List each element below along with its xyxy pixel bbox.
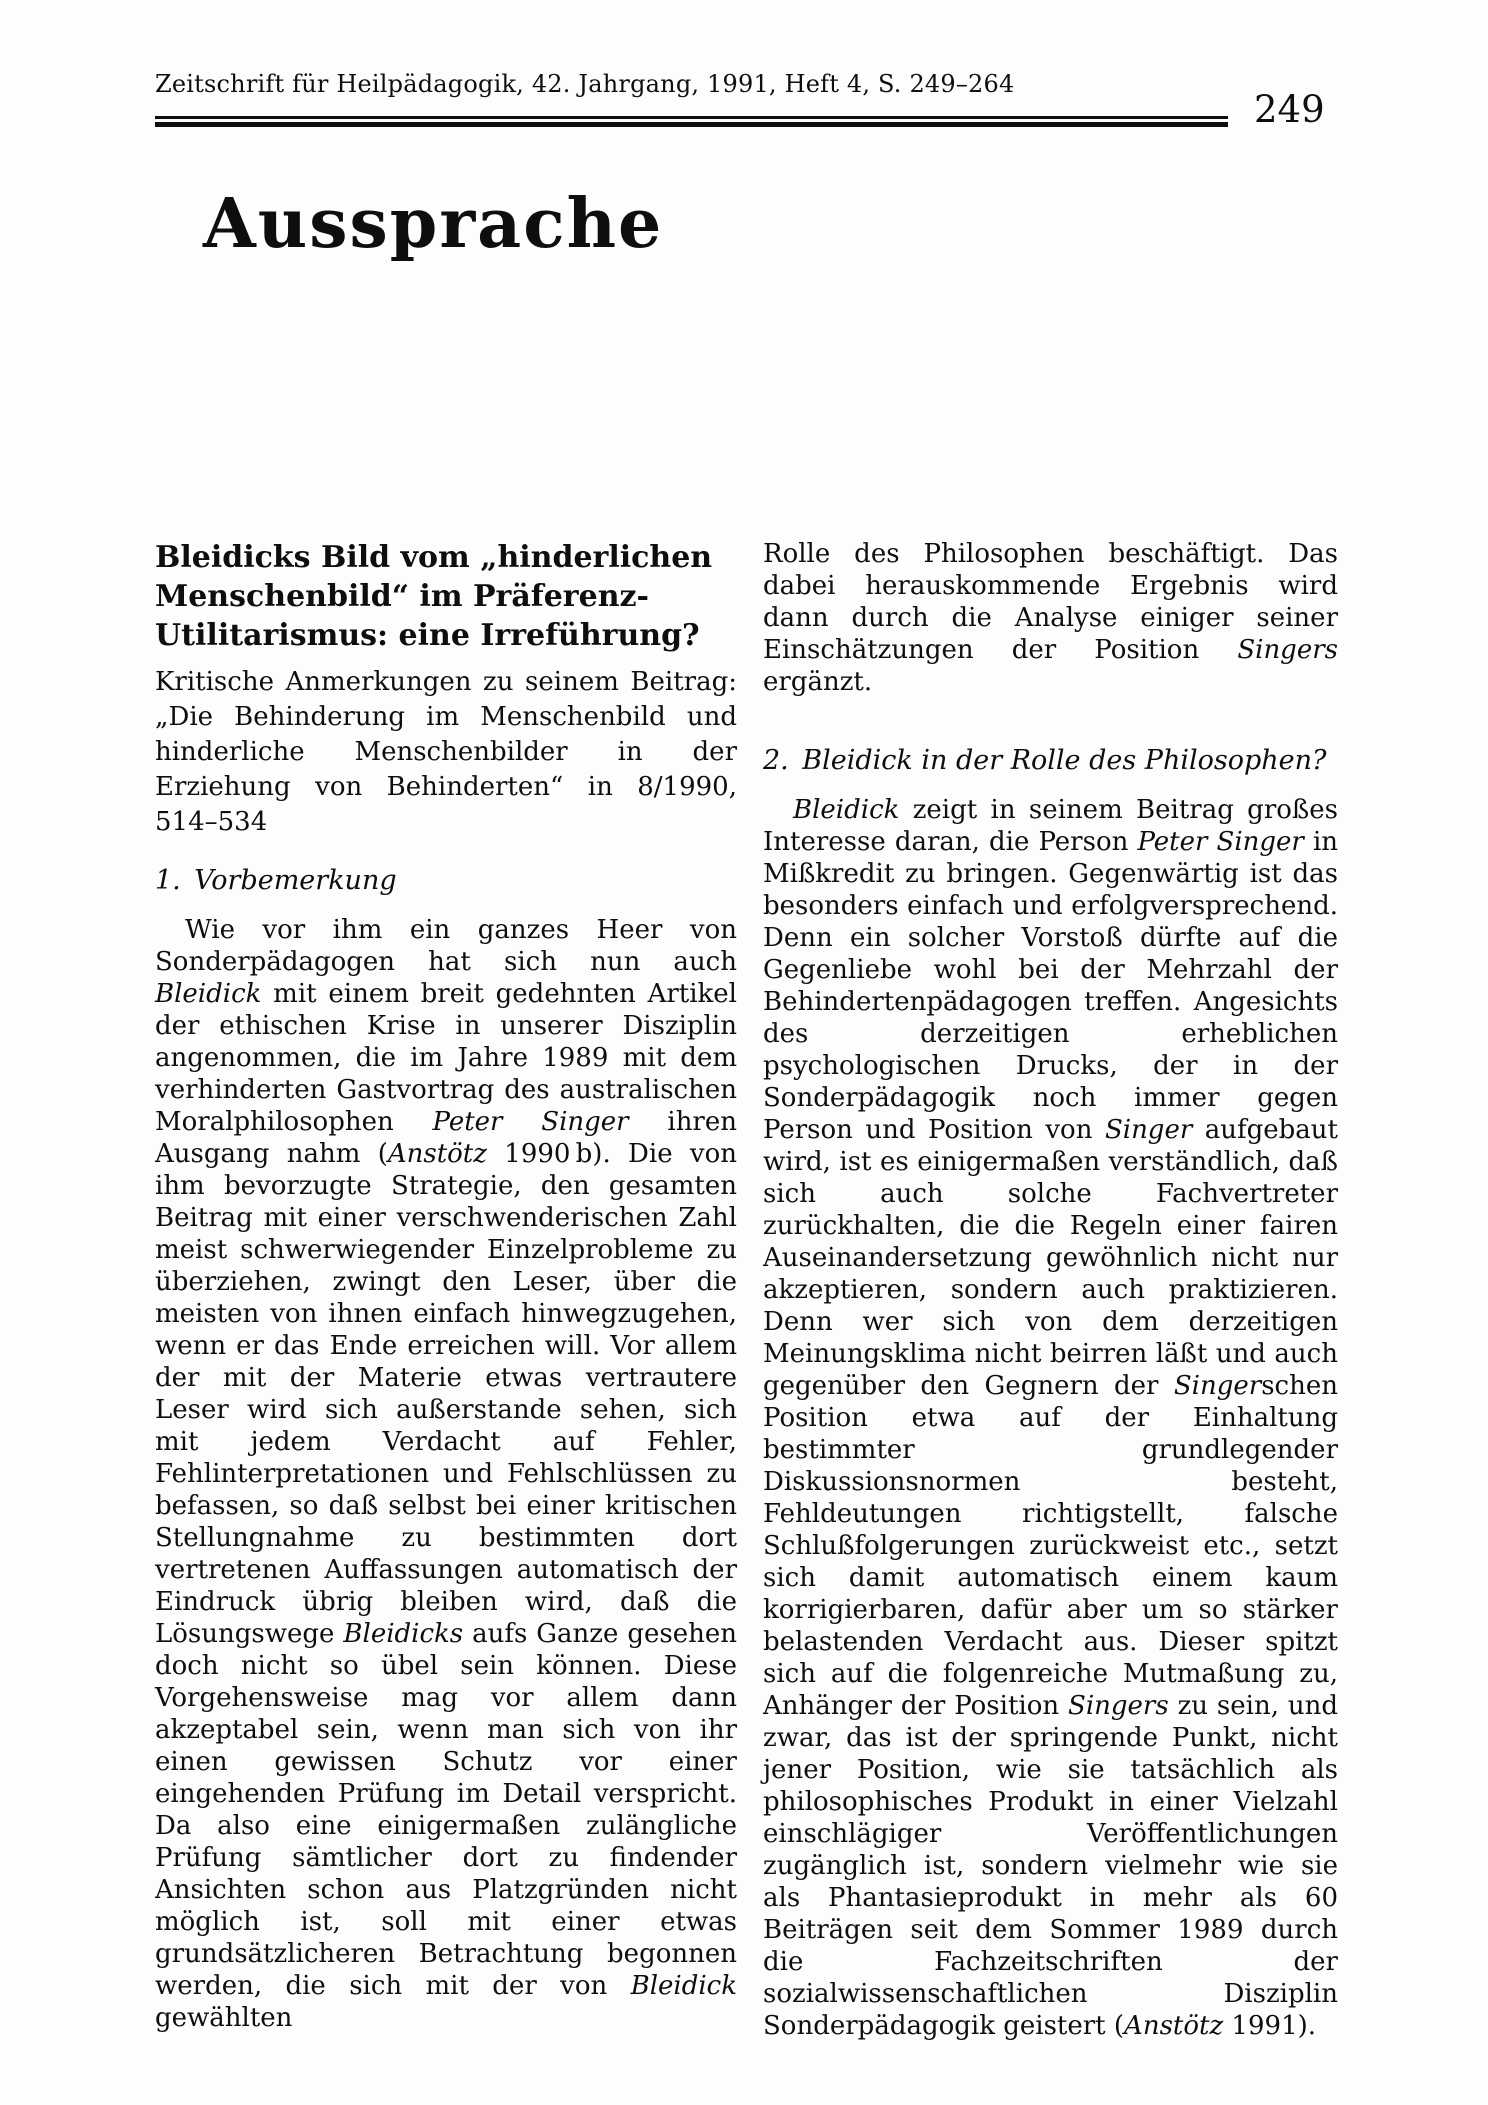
italic-text: Bleidick [631,1971,737,2001]
italic-text: Bleidick [155,979,261,1009]
article-heading: Bleidicks Bild vom „hinderlichen Mensche… [155,538,737,655]
body-paragraph: Wie vor ihm ein ganzes Heer von Sonderpä… [155,914,737,2034]
italic-text: Peter Singer [433,1107,629,1137]
italic-text: Singers [1237,635,1338,665]
italic-text: Bleidicks [343,1619,463,1649]
page-title: Aussprache [203,184,663,264]
page-number: 249 [1254,88,1325,131]
left-column: Bleidicks Bild vom „hinderlichen Mensche… [155,538,737,2034]
body-paragraph-continuation: Rolle des Philosophen beschäftigt. Das d… [763,538,1338,698]
journal-page: Zeitschrift für Heilpädagogik, 42. Jahrg… [0,0,1488,2105]
article-subtitle: Kritische Anmerkungen zu seinem Beitrag:… [155,665,737,840]
right-column: Rolle des Philosophen beschäftigt. Das d… [763,538,1338,2042]
italic-text: Peter Singer [1137,827,1303,857]
italic-text: Anstötz [388,1139,487,1169]
italic-text: Anstötz [1124,2011,1223,2041]
section-1-heading: 1. Vorbemerkung [155,864,737,898]
header-double-rule [155,116,1228,127]
italic-text: Singer [1105,1115,1192,1145]
journal-header-line: Zeitschrift für Heilpädagogik, 42. Jahrg… [155,70,1014,98]
italic-text: Singers [1068,1691,1169,1721]
body-paragraph: Bleidick zeigt in seinem Beitrag großes … [763,794,1338,2042]
italic-text: Bleidick [793,795,899,825]
italic-text: Singer [1174,1371,1261,1401]
section-2-heading: 2. Bleidick in der Rolle des Philosophen… [763,744,1338,778]
